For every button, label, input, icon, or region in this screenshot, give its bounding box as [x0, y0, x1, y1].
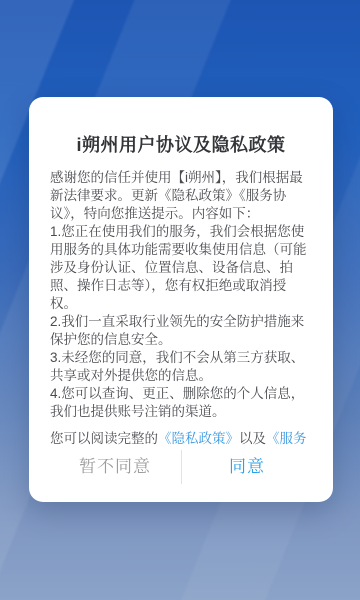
text-segment: 感谢您的信任并使用【i朔州】，我们根据最新法律要求。更新《隐私政策》《服务协议》… — [50, 170, 303, 221]
disagree-button[interactable]: 暂不同意 — [49, 455, 181, 479]
agreement-paragraph: 2.我们一直采取行业领先的安全防护措施来保护您的信息安全。 — [50, 313, 312, 349]
agreement-text: 感谢您的信任并使用【i朔州】，我们根据最新法律要求。更新《隐私政策》《服务协议》… — [50, 169, 312, 449]
text-segment: 3.未经您的同意，我们不会从第三方获取、共享或对外提供您的信息。 — [50, 350, 304, 383]
text-segment: 1.您正在使用我们的服务，我们会根据您使用服务的具体功能需要收集使用信息（可能涉… — [50, 224, 307, 311]
agreement-paragraph: 感谢您的信任并使用【i朔州】，我们根据最新法律要求。更新《隐私政策》《服务协议》… — [50, 169, 312, 223]
text-segment: 2.我们一直采取行业领先的安全防护措施来保护您的信息安全。 — [50, 314, 304, 347]
agreement-paragraph: 1.您正在使用我们的服务，我们会根据您使用服务的具体功能需要收集使用信息（可能涉… — [50, 223, 312, 313]
privacy-policy-link[interactable]: 《隐私政策》 — [158, 431, 239, 446]
agreement-paragraph: 4.您可以查询、更正、删除您的个人信息，我们也提供账号注销的渠道。 — [50, 385, 312, 421]
text-segment: 4.您可以查询、更正、删除您的个人信息，我们也提供账号注销的渠道。 — [50, 386, 304, 419]
text-segment: 您可以阅读完整的 — [50, 431, 158, 446]
text-segment: 以及 — [239, 431, 266, 446]
agree-button[interactable]: 同意 — [181, 455, 313, 479]
button-divider — [181, 450, 182, 484]
agreement-dialog: i朔州用户协议及隐私政策 感谢您的信任并使用【i朔州】，我们根据最新法律要求。更… — [29, 97, 333, 502]
dialog-title: i朔州用户协议及隐私政策 — [29, 133, 333, 158]
agreement-paragraph: 您可以阅读完整的《隐私政策》以及《服务协议》，了解详细信息。 — [50, 430, 312, 449]
screen: { "dialog": { "title": "i朔州用户协议及隐私政策", "… — [0, 0, 360, 600]
agreement-paragraph: 3.未经您的同意，我们不会从第三方获取、共享或对外提供您的信息。 — [50, 349, 312, 385]
dialog-actions: 暂不同意 同意 — [29, 449, 333, 502]
